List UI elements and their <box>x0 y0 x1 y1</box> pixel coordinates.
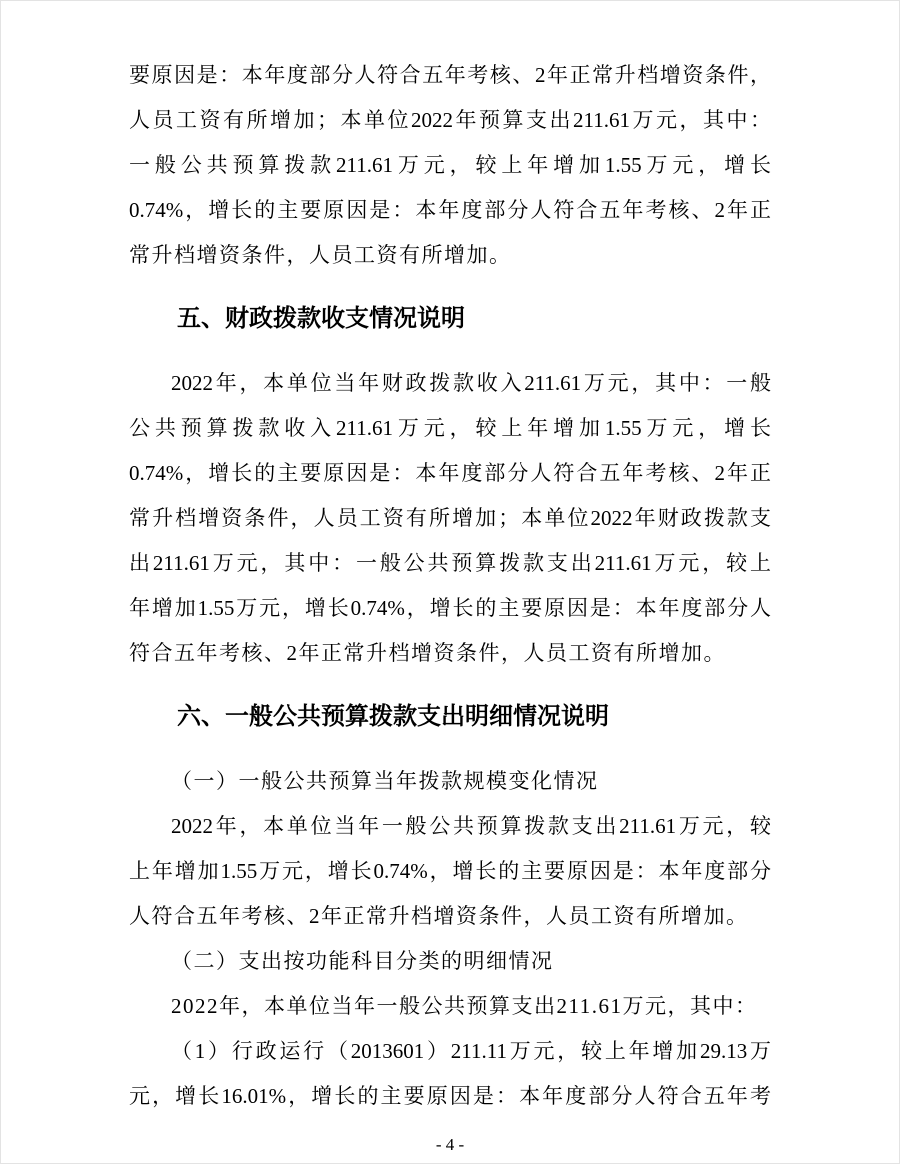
document-content: 要原因是：本年度部分人符合五年考核、2年正常升档增资条件，人员工资有所增加；本单… <box>1 1 899 1119</box>
page-number: - 4 - <box>436 1135 464 1154</box>
paragraph: （1）行政运行（2013601）211.11万元，较上年增加29.13万元，增长… <box>129 1029 771 1119</box>
sub-heading: （二）支出按功能科目分类的明细情况 <box>129 939 771 984</box>
text-line: 0.74%，增长的主要原因是：本年度部分人符合五年考核、2年正 <box>129 451 771 496</box>
section-heading: 六、一般公共预算拨款支出明细情况说明 <box>129 694 771 739</box>
text-line: 0.74%，增长的主要原因是：本年度部分人符合五年考核、2年正 <box>129 188 771 233</box>
sub-heading: （一）一般公共预算当年拨款规模变化情况 <box>129 759 771 804</box>
text-line: 一般公共预算拨款211.61万元，较上年增加1.55万元，增长 <box>129 143 771 188</box>
text-line: 2022年，本单位当年一般公共预算支出211.61万元，其中： <box>129 984 771 1029</box>
text-line: 年增加1.55万元，增长0.74%，增长的主要原因是：本年度部分人 <box>129 586 771 631</box>
text-line: 人符合五年考核、2年正常升档增资条件，人员工资有所增加。 <box>129 894 771 939</box>
text-line: 2022年，本单位当年一般公共预算拨款支出211.61万元，较 <box>129 804 771 849</box>
page-footer: - 4 - <box>1 1135 899 1155</box>
text-line: 公共预算拨款收入211.61万元，较上年增加1.55万元，增长 <box>129 406 771 451</box>
paragraph: 2022年，本单位当年一般公共预算拨款支出211.61万元，较上年增加1.55万… <box>129 804 771 939</box>
text-line: 符合五年考核、2年正常升档增资条件，人员工资有所增加。 <box>129 631 771 676</box>
text-line: 人员工资有所增加；本单位2022年预算支出211.61万元，其中： <box>129 98 771 143</box>
text-line: 常升档增资条件，人员工资有所增加。 <box>129 233 771 278</box>
paragraph: 要原因是：本年度部分人符合五年考核、2年正常升档增资条件，人员工资有所增加；本单… <box>129 53 771 278</box>
text-line: 常升档增资条件，人员工资有所增加；本单位2022年财政拨款支 <box>129 496 771 541</box>
text-line: 2022年，本单位当年财政拨款收入211.61万元，其中：一般 <box>129 361 771 406</box>
paragraph: 2022年，本单位当年一般公共预算支出211.61万元，其中： <box>129 984 771 1029</box>
document-page: 要原因是：本年度部分人符合五年考核、2年正常升档增资条件，人员工资有所增加；本单… <box>0 0 900 1164</box>
paragraph: 2022年，本单位当年财政拨款收入211.61万元，其中：一般公共预算拨款收入2… <box>129 361 771 676</box>
text-line: 元，增长16.01%，增长的主要原因是：本年度部分人符合五年考 <box>129 1074 771 1119</box>
text-line: 出211.61万元，其中：一般公共预算拨款支出211.61万元，较上 <box>129 541 771 586</box>
text-line: 上年增加1.55万元，增长0.74%，增长的主要原因是：本年度部分 <box>129 849 771 894</box>
section-heading: 五、财政拨款收支情况说明 <box>129 296 771 341</box>
text-line: 要原因是：本年度部分人符合五年考核、2年正常升档增资条件， <box>129 53 771 98</box>
text-line: （1）行政运行（2013601）211.11万元，较上年增加29.13万 <box>129 1029 771 1074</box>
